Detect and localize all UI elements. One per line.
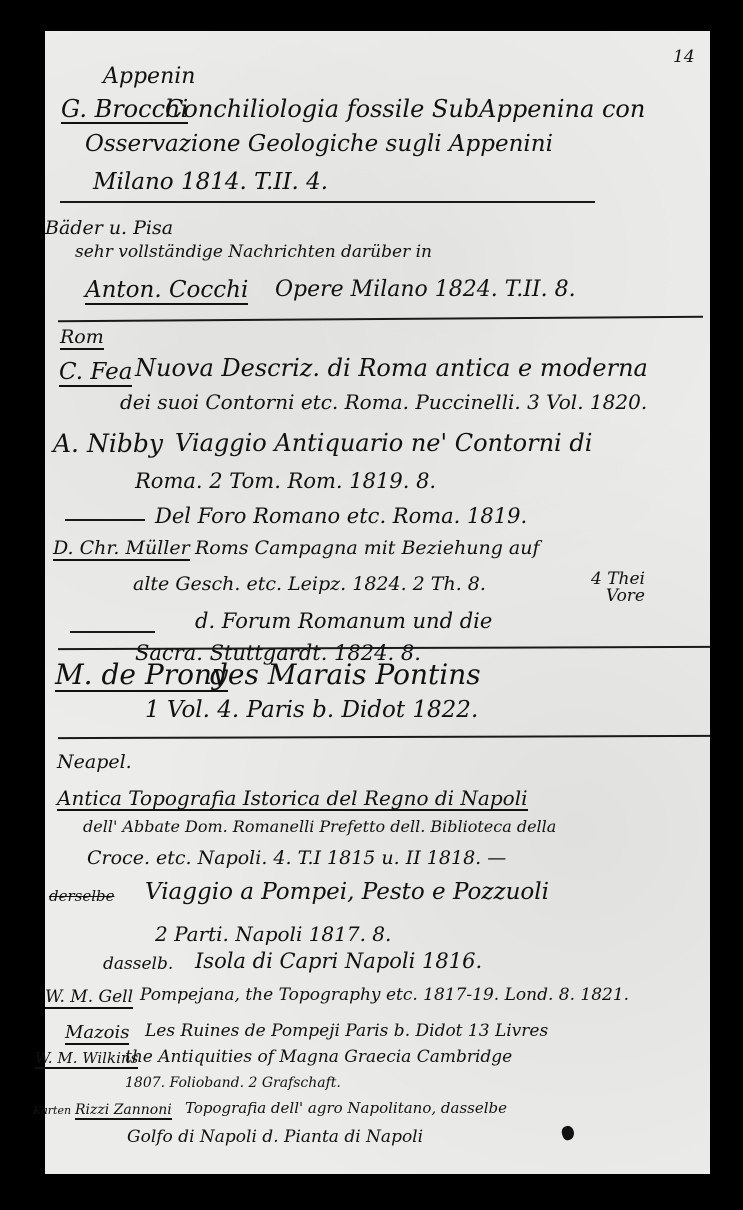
entry-text: 1 Vol. 4. Paris b. Didot 1822. — [145, 699, 478, 722]
author-mueller: D. Chr. Müller — [53, 539, 190, 561]
author-cocchi: Anton. Cocchi — [85, 279, 248, 305]
entry-text: 2 Parti. Napoli 1817. 8. — [155, 924, 391, 944]
entry-text: des Marais Pontins — [210, 661, 481, 689]
entry-text: Les Ruines de Pompeji Paris b. Didot 13 … — [145, 1023, 548, 1040]
ditto-dash — [70, 631, 155, 633]
section-divider — [58, 316, 703, 323]
ditto-dash — [65, 519, 145, 521]
section-heading-baeder: Bäder u. Pisa — [45, 219, 173, 238]
author-derselbe: derselbe — [49, 889, 115, 904]
entry-text: Pompejana, the Topography etc. 1817-19. … — [140, 987, 629, 1004]
section-divider — [58, 735, 710, 739]
entry-text: Opere Milano 1824. T.II. 8. — [275, 279, 576, 301]
margin-note: 4 Thei Vore — [585, 571, 645, 605]
entry-text: Conchiliologia fossile SubAppenina con — [165, 97, 645, 121]
entry-text: alte Gesch. etc. Leipz. 1824. 2 Th. 8. — [133, 575, 486, 594]
entry-text: Roma. 2 Tom. Rom. 1819. 8. — [135, 471, 436, 492]
ink-blot — [560, 1124, 576, 1141]
entry-text: Milano 1814. T.II. 4. — [93, 171, 328, 194]
manuscript-page: 14 Appenin G. Brocchi Conchiliologia fos… — [45, 31, 710, 1174]
entry-text: Nuova Descriz. di Roma antica e moderna — [135, 356, 648, 380]
entry-text: Topografia dell' agro Napolitano, dassel… — [185, 1101, 507, 1116]
entry-text: Golfo di Napoli d. Pianta di Napoli — [127, 1129, 423, 1146]
entry-text: Croce. etc. Napoli. 4. T.I 1815 u. II 18… — [87, 849, 506, 868]
entry-text: Del Foro Romano etc. Roma. 1819. — [155, 506, 527, 527]
author-dasselb: dasselb. — [103, 956, 173, 973]
entry-text: the Antiquities of Magna Graecia Cambrid… — [125, 1049, 512, 1066]
section-heading-rom: Rom — [60, 328, 104, 350]
entry-text: Osservazione Geologiche sugli Appenini — [85, 133, 553, 156]
entry-text: Roms Campagna mit Beziehung auf — [195, 539, 540, 558]
entry-text: Antica Topografia Istorica del Regno di … — [57, 788, 528, 811]
author-zannoni: Rizzi Zannoni — [75, 1103, 172, 1120]
section-heading-appenin: Appenin — [103, 66, 195, 88]
page-number: 14 — [673, 49, 695, 66]
author-prony: M. de Prony — [55, 661, 228, 692]
entry-text: dei suoi Contorni etc. Roma. Puccinelli.… — [120, 392, 647, 412]
entry-text: 1807. Folioband. 2 Grafschaft. — [125, 1076, 341, 1090]
entry-text: dell' Abbate Dom. Romanelli Prefetto del… — [83, 819, 556, 835]
section-heading-neapel: Neapel. — [57, 753, 132, 772]
entry-text: sehr vollständige Nachrichten darüber in — [75, 244, 432, 261]
author-mazois: Mazois — [65, 1024, 129, 1045]
entry-text: Viaggio a Pompei, Pesto e Pozzuoli — [145, 881, 549, 904]
author-nibby: A. Nibby — [53, 431, 163, 456]
author-fea: C. Fea — [59, 361, 132, 387]
author-gell: W. M. Gell — [45, 989, 133, 1009]
section-divider — [60, 201, 595, 203]
margin-note: Karten — [33, 1105, 71, 1116]
entry-text: Viaggio Antiquario ne' Contorni di — [175, 431, 592, 455]
author-wilkins: W. M. Wilkins — [35, 1051, 138, 1069]
entry-text: Isola di Capri Napoli 1816. — [195, 951, 482, 972]
entry-text: d. Forum Romanum und die — [195, 611, 492, 632]
